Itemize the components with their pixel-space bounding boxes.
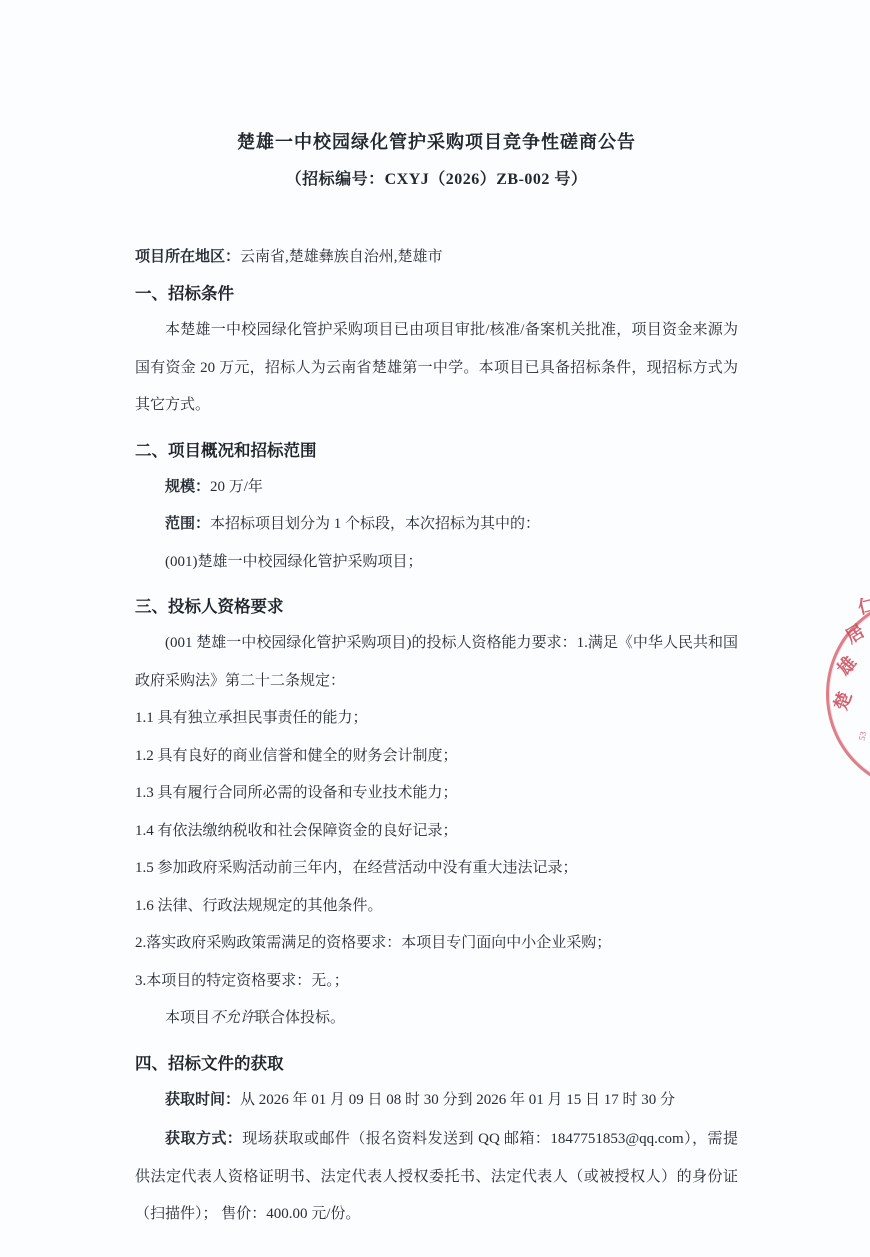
scope-label: 范围： — [165, 516, 210, 532]
qualification-item: 1.6 法律、行政法规规定的其他条件。 — [135, 888, 738, 926]
qualification-item: 2.落实政府采购政策需满足的资格要求：本项目专门面向中小企业采购； — [135, 925, 738, 963]
obtain-time-value: 从 2026 年 01 月 09 日 08 时 30 分到 2026 年 01 … — [240, 1092, 675, 1108]
jv-not-allowed: 不允许 — [210, 1010, 255, 1026]
seal-number: 53 — [857, 731, 869, 742]
section-2-heading: 二、项目概况和招标范围 — [135, 439, 738, 463]
scope-value: 本招标项目划分为 1 个标段，本次招标为其中的： — [210, 516, 540, 532]
qualification-item: 1.1 具有独立承担民事责任的能力； — [135, 700, 738, 738]
jv-suffix: 联合体投标。 — [255, 1010, 345, 1026]
qualification-item: 3.本项目的特定资格要求：无。； — [135, 963, 738, 1001]
qualification-item: 1.3 具有履行合同所必需的设备和专业技术能力； — [135, 775, 738, 813]
obtain-time-line: 获取时间：从 2026 年 01 月 09 日 08 时 30 分到 2026 … — [135, 1082, 738, 1120]
obtain-method-line: 获取方式：现场获取或邮件（报名资料发送到 QQ 邮箱：1847751853@qq… — [135, 1121, 738, 1234]
lot-line: (001)楚雄一中校园绿化管护采购项目； — [135, 544, 738, 582]
document-page: 楚雄一中校园绿化管护采购项目竞争性磋商公告 （招标编号：CXYJ（2026）ZB… — [0, 0, 870, 1257]
doc-title: 楚雄一中校园绿化管护采购项目竞争性磋商公告 — [135, 130, 738, 154]
qualification-item: 1.4 有依法缴纳税收和社会保障资金的良好记录； — [135, 813, 738, 851]
scale-label: 规模： — [165, 479, 210, 495]
seal-char: 仁 — [856, 595, 870, 617]
scope-line: 范围：本招标项目划分为 1 个标段，本次招标为其中的： — [135, 506, 738, 544]
joint-venture-note: 本项目不允许联合体投标。 — [135, 1000, 738, 1038]
section-3-heading: 三、投标人资格要求 — [135, 595, 738, 619]
section-1-heading: 一、招标条件 — [135, 282, 738, 306]
qualification-item: 1.2 具有良好的商业信誉和健全的财务会计制度； — [135, 738, 738, 776]
jv-prefix: 本项目 — [165, 1010, 210, 1026]
region-line: 项目所在地区：云南省,楚雄彝族自治州,楚雄市 — [135, 246, 738, 268]
scale-line: 规模：20 万/年 — [135, 469, 738, 507]
region-label: 项目所在地区： — [135, 249, 240, 265]
section-4-heading: 四、招标文件的获取 — [135, 1052, 738, 1076]
scale-value: 20 万/年 — [210, 479, 263, 495]
tender-number: （招标编号：CXYJ（2026）ZB-002 号） — [135, 169, 738, 191]
obtain-time-label: 获取时间： — [165, 1092, 240, 1108]
qualification-intro: (001 楚雄一中校园绿化管护采购项目)的投标人资格能力要求：1.满足《中华人民… — [135, 625, 738, 700]
section-1-body: 本楚雄一中校园绿化管护采购项目已由项目审批/核准/备案机关批准，项目资金来源为国… — [135, 312, 738, 425]
obtain-method-label: 获取方式： — [165, 1131, 242, 1147]
document-content: 楚雄一中校园绿化管护采购项目竞争性磋商公告 （招标编号：CXYJ（2026）ZB… — [135, 130, 738, 1234]
qualification-item: 1.5 参加政府采购活动前三年内，在经营活动中没有重大违法记录； — [135, 850, 738, 888]
region-value: 云南省,楚雄彝族自治州,楚雄市 — [240, 249, 443, 265]
